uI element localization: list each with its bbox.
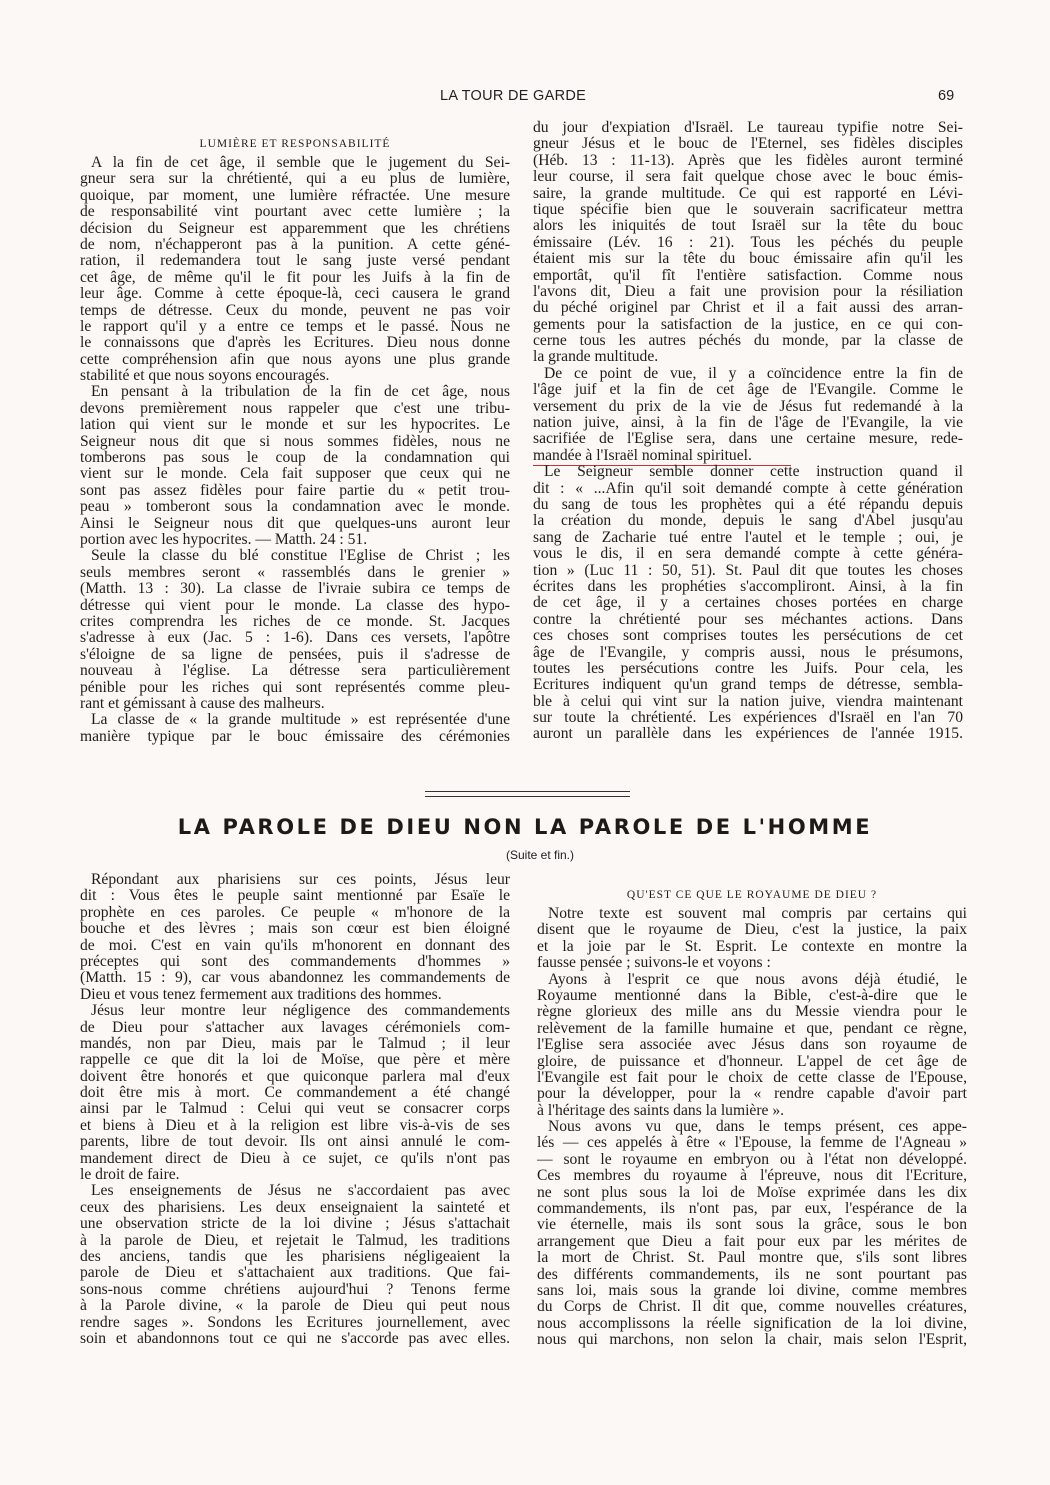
- text-line: Répondant aux pharisiens sur ces points,…: [80, 872, 510, 888]
- text-line: rappelle ce que dit la loi de Moïse, que…: [80, 1052, 510, 1068]
- text-line: stabilité et que nous soyons encouragés.: [80, 368, 510, 384]
- text-line: et la joie par le St. Esprit. Le context…: [537, 939, 967, 955]
- text-line: Le Seigneur semble donner cette instruct…: [533, 464, 963, 480]
- text-line: sacrifiée de l'Eglise sera, dans une cer…: [533, 431, 963, 447]
- text-line: leur âge. Comme à cette époque-là, ceci …: [80, 286, 510, 302]
- text-line: le droit de faire.: [80, 1167, 510, 1183]
- text-line: sans loi, mais sous la grande loi divine…: [537, 1283, 967, 1299]
- text-line: s'éloigne de sa ligne de pensées, puis i…: [80, 647, 510, 663]
- text-line: A la fin de cet âge, il semble que le ju…: [80, 155, 510, 171]
- text-line: manière typique par le bouc émissaire de…: [80, 729, 510, 745]
- text-line: décision du Seigneur est apparemment que…: [80, 221, 510, 237]
- text-line: saire, la grande multitude. Ce qui est r…: [533, 186, 963, 202]
- text-line: alors les iniquités de tout Israël sur l…: [533, 218, 963, 234]
- article-right-column: QU'EST CE QUE LE ROYAUME DE DIEU ? Notre…: [537, 884, 967, 1349]
- section-subheading: LUMIÈRE ET RESPONSABILITÉ: [80, 133, 510, 155]
- text-line: étaient mis sur la tête du bouc émissair…: [533, 251, 963, 267]
- text-line: devons premièrement nous rappeler que c'…: [80, 401, 510, 417]
- text-line: gneur sera sur la chrétienté, qui a eu p…: [80, 171, 510, 187]
- text-line: (Héb. 13 : 11-13). Après que les fidèles…: [533, 153, 963, 169]
- text-line: rendre sages ». Sondons les Ecritures jo…: [80, 1315, 510, 1331]
- text-line: Royaume mentionné dans la Bible, c'est-à…: [537, 988, 967, 1004]
- text-line: (Matth. 13 : 30). La classe de l'ivraie …: [80, 581, 510, 597]
- text-line: du péché originel par Christ et il a fai…: [533, 300, 963, 316]
- text-line: Les enseignements de Jésus ne s'accordai…: [80, 1183, 510, 1199]
- text-line: — sont le royaume en embryon ou à l'état…: [537, 1152, 967, 1168]
- text-line: Ecritures indiquent qu'un grand temps de…: [533, 677, 963, 693]
- text-line: tique spécifie bien que le souverain sac…: [533, 202, 963, 218]
- text-line: nous qui marchons, non selon la chair, m…: [537, 1332, 967, 1348]
- text-line: à l'héritage des saints dans la lumière …: [537, 1103, 967, 1119]
- text-line: Ayons à l'esprit ce que nous avons déjà …: [537, 972, 967, 988]
- page-number: 69: [938, 88, 954, 104]
- text-line: sur toute la chrétienté. Les expériences…: [533, 710, 963, 726]
- text-line: ceux des pharisiens. Les deux enseignaie…: [80, 1200, 510, 1216]
- text-line: toutes les persécutions contre les Juifs…: [533, 661, 963, 677]
- text-line: Notre texte est souvent mal compris par …: [537, 906, 967, 922]
- text-line: En pensant à la tribulation de la fin de…: [80, 384, 510, 400]
- text-line: détresse qui vient pour le monde. La cla…: [80, 598, 510, 614]
- text-line: Seule la classe du blé constitue l'Eglis…: [80, 548, 510, 564]
- text-line: et biens à Dieu et à la religion est lib…: [80, 1118, 510, 1134]
- text-line: Ainsi le Seigneur nous dit que quelques-…: [80, 516, 510, 532]
- text-line: Jésus leur montre leur négligence des co…: [80, 1003, 510, 1019]
- text-line: Ces membres du royaume à l'épreuve, nous…: [537, 1168, 967, 1184]
- running-title: LA TOUR DE GARDE: [440, 88, 586, 104]
- text-line: commandements, ils n'ont pas, par eux, l…: [537, 1201, 967, 1217]
- text-line: (Matth. 15 : 9), car vous abandonnez les…: [80, 970, 510, 986]
- text-line: bouche et des lèvres ; mais son cœur est…: [80, 921, 510, 937]
- text-line: De ce point de vue, il y a coïncidence e…: [533, 366, 963, 382]
- text-line: fausse pensée ; suivons-le et voyons :: [537, 955, 967, 971]
- text-line: règne glorieux des mille ans du Messie v…: [537, 1004, 967, 1020]
- text-line: peau » tomberont sous la condamnation av…: [80, 499, 510, 515]
- text-line: la création du monde, depuis le sang d'A…: [533, 513, 963, 529]
- text-line: cerne tous les autres péchés du monde, p…: [533, 333, 963, 349]
- text-line: l'Eglise sera associée avec Jésus dans s…: [537, 1037, 967, 1053]
- text-line: cette compréhension afin que nous ayons …: [80, 352, 510, 368]
- text-line: à la parole de Dieu, et rejetait le Talm…: [80, 1233, 510, 1249]
- text-line: doivent être honorés et que quiconque pa…: [80, 1069, 510, 1085]
- text-line: cet âge, de même qu'il le fit pour les J…: [80, 270, 510, 286]
- text-line: relèvement de la famille humaine et que,…: [537, 1021, 967, 1037]
- text-line: des anciens, tandis que les pharisiens n…: [80, 1249, 510, 1265]
- text-line: nous accomplissons la réelle significati…: [537, 1316, 967, 1332]
- text-line: émissaire (Lév. 16 : 21). Tous les péché…: [533, 235, 963, 251]
- text-line: leur course, il sera fait quelque chose …: [533, 169, 963, 185]
- text-line: du jour d'expiation d'Israël. Le taureau…: [533, 120, 963, 136]
- text-line: dit : « ...Afin qu'il soit demandé compt…: [533, 481, 963, 497]
- text-line: gloire, de puissance et d'honneur. L'app…: [537, 1054, 967, 1070]
- text-line: auront un parallèle dans les expériences…: [533, 726, 963, 742]
- text-line: seuls membres seront « rassemblés dans l…: [80, 565, 510, 581]
- text-line: la grande multitude.: [533, 349, 963, 365]
- text-line: tomberons pas sous le coup de la condamn…: [80, 450, 510, 466]
- text-line: le connaissons que d'après les Ecritures…: [80, 335, 510, 351]
- text-line: versement du prix de la vie de Jésus fut…: [533, 399, 963, 415]
- text-line: ble à celui qui vint sur la nation juive…: [533, 694, 963, 710]
- text-line: tion » (Luc 11 : 50, 51). St. Paul dit q…: [533, 563, 963, 579]
- text-line: lation qui vient sur le monde et sur les…: [80, 417, 510, 433]
- text-line: s'adresse à eux (Jac. 5 : 1-6). Dans ces…: [80, 630, 510, 646]
- text-line: Seigneur nous dit que si nous sommes fid…: [80, 434, 510, 450]
- text-line: sang de Zacharie tué entre l'autel et le…: [533, 530, 963, 546]
- text-line: de nom, n'échapperont pas à la punition.…: [80, 237, 510, 253]
- text-line: pénible pour les riches qui sont représe…: [80, 680, 510, 696]
- text-line: La classe de « la grande multitude » est…: [80, 712, 510, 728]
- text-line: temps de détresse. Ceux du monde, peuven…: [80, 303, 510, 319]
- text-line: ainsi par le Talmud : Celui qui veut se …: [80, 1101, 510, 1117]
- text-line: gneur Jésus et le bouc de l'Eternel, ses…: [533, 136, 963, 152]
- text-line: dit : Vous êtes le peuple saint mentionn…: [80, 888, 510, 904]
- text-line: de cet âge, il y a certaines choses port…: [533, 595, 963, 611]
- article-subheading: QU'EST CE QUE LE ROYAUME DE DIEU ?: [537, 884, 967, 906]
- text-line: l'Evangile est fait pour le choix de cet…: [537, 1070, 967, 1086]
- text-line: doit être mis à mort. Ce commandement a …: [80, 1085, 510, 1101]
- text-line: mandée à l'Israël nominal spirituel.: [533, 448, 963, 464]
- text-line: disent que le royaume de Dieu, c'est la …: [537, 922, 967, 938]
- text-line: lés — ces appelés à être « l'Epouse, la …: [537, 1135, 967, 1151]
- text-line: sons-nous comme chrétiens aujourd'hui ? …: [80, 1282, 510, 1298]
- text-line: ces choses sont comprises toutes les per…: [533, 628, 963, 644]
- article-subtitle: (Suite et fin.): [0, 848, 1050, 862]
- section1-left-column: LUMIÈRE ET RESPONSABILITÉ A la fin de ce…: [80, 133, 510, 745]
- text-line: l'âge juif et la fin de cet âge de l'Eva…: [533, 382, 963, 398]
- text-line: écrites dans les prophéties s'accompliro…: [533, 579, 963, 595]
- text-line: rant et gémissant à cause des malheurs.: [80, 696, 510, 712]
- text-line: nouveau à l'église. La détresse sera par…: [80, 663, 510, 679]
- text-line: soin et abandonnons tout ce qui ne s'acc…: [80, 1331, 510, 1347]
- text-line: Dieu et vous tenez fermement aux traditi…: [80, 987, 510, 1003]
- text-line: de Dieu pour s'attacher aux lavages céré…: [80, 1020, 510, 1036]
- text-line: contre la chrétienté pour ses méchantes …: [533, 612, 963, 628]
- text-line: Nous avons vu que, dans le temps présent…: [537, 1119, 967, 1135]
- text-line: vie éternelle, mais ils sont sous la grâ…: [537, 1217, 967, 1233]
- text-line: nation juive, ainsi, à la fin de l'âge d…: [533, 415, 963, 431]
- text-line: mandés, non par Dieu, mais par le Talmud…: [80, 1036, 510, 1052]
- text-line: de moi. C'est en vain qu'ils m'honorent …: [80, 938, 510, 954]
- text-line: mandement direct de Dieu à ce sujet, ce …: [80, 1151, 510, 1167]
- text-line: parole de Dieu et s'attachaient aux trad…: [80, 1265, 510, 1281]
- text-line: une observation stricte de la loi divine…: [80, 1216, 510, 1232]
- text-line: vient sur le monde. Cela fait supposer q…: [80, 466, 510, 482]
- article-left-column: Répondant aux pharisiens sur ces points,…: [80, 872, 510, 1347]
- text-line: âge de l'Evangile, y compris aussi, nous…: [533, 645, 963, 661]
- text-line: de responsabilité vint pourtant avec cet…: [80, 204, 510, 220]
- text-line: du Corps de Christ. Il dit que, comme no…: [537, 1299, 967, 1315]
- text-line: ne sont plus sous la loi de Moïse exprim…: [537, 1185, 967, 1201]
- text-line: arrangement que Dieu a fait pour eux par…: [537, 1234, 967, 1250]
- text-line: gements pour la satisfaction de la justi…: [533, 317, 963, 333]
- text-line: parents, libre de tout devoir. Ils ont a…: [80, 1134, 510, 1150]
- text-line: ration, il redemandera tout le sang just…: [80, 253, 510, 269]
- text-line: l'avons dit, Dieu a fait une provision p…: [533, 284, 963, 300]
- text-line: des différents commandements, ils ne son…: [537, 1267, 967, 1283]
- text-line: quoique, par moment, une lumière réfract…: [80, 188, 510, 204]
- text-line: préceptes qui sont des commandements d'h…: [80, 954, 510, 970]
- text-line: vous le dis, il en sera demandé compte à…: [533, 546, 963, 562]
- text-line: le rapport qu'il y a entre ce temps et l…: [80, 319, 510, 335]
- text-line: emportât, qu'il fît l'entière satisfacti…: [533, 268, 963, 284]
- text-line: crites comprendra les riches de ce monde…: [80, 614, 510, 630]
- article-title: LA PAROLE DE DIEU NON LA PAROLE DE L'HOM…: [0, 815, 1050, 839]
- text-line: pour la développer, pour la « rendre cap…: [537, 1086, 967, 1102]
- section1-right-column: du jour d'expiation d'Israël. Le taureau…: [533, 120, 963, 743]
- text-line: du sang de tous les prophètes qui a été …: [533, 497, 963, 513]
- text-line: portion avec les hypocrites. — Matth. 24…: [80, 532, 510, 548]
- text-line: la mort de Christ. St. Paul montre que, …: [537, 1250, 967, 1266]
- text-line: à la Parole divine, « la parole de Dieu …: [80, 1298, 510, 1314]
- text-line: prophète en ces paroles. Ce peuple « m'h…: [80, 905, 510, 921]
- section-divider: [425, 791, 630, 797]
- text-line: sont pas assez fidèles pour faire partie…: [80, 483, 510, 499]
